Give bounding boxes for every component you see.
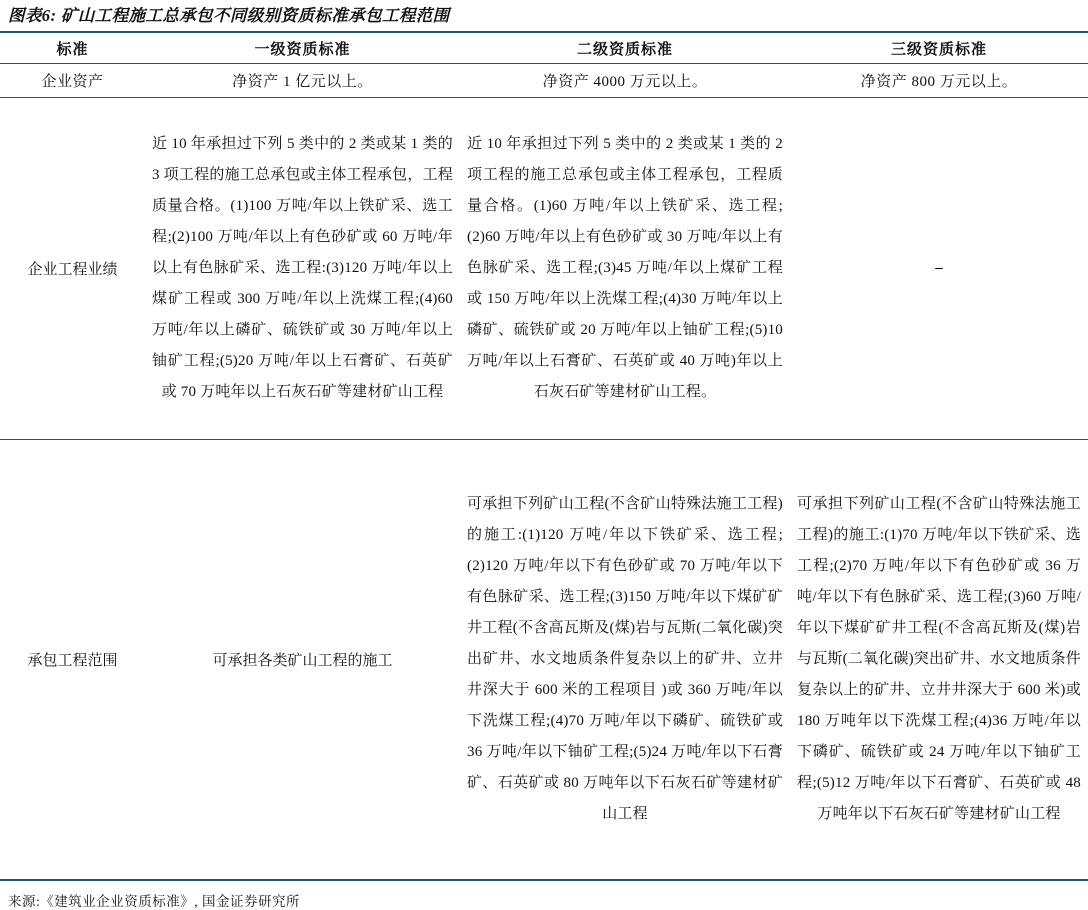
cell-record-level2: 近 10 年承担过下列 5 类中的 2 类或某 1 类的 2 项工程的施工总承包… <box>460 124 790 413</box>
row-label-engineering-record: 企业工程业绩 <box>0 98 145 439</box>
table-row-engineering-record: 企业工程业绩 近 10 年承担过下列 5 类中的 2 类或某 1 类的 3 项工… <box>0 98 1088 440</box>
table-row-enterprise-assets: 企业资产 净资产 1 亿元以上。 净资产 4000 万元以上。 净资产 800 … <box>0 64 1088 98</box>
table-row-contract-scope: 承包工程范围 可承担各类矿山工程的施工 可承担下列矿山工程(不含矿山特殊法施工工… <box>0 440 1088 881</box>
cell-record-level3-dash: – <box>790 98 1088 439</box>
header-cell-level3: 三级资质标准 <box>790 33 1088 63</box>
cell-scope-level2: 可承担下列矿山工程(不含矿山特殊法施工工程)的施工:(1)120 万吨/年以下铁… <box>460 484 790 835</box>
header-cell-level1: 一级资质标准 <box>145 33 460 63</box>
cell-assets-level3: 净资产 800 万元以上。 <box>790 64 1088 97</box>
cell-scope-level3: 可承担下列矿山工程(不含矿山特殊法施工工程)的施工:(1)70 万吨/年以下铁矿… <box>790 484 1088 835</box>
table-title: 图表6: 矿山工程施工总承包不同级别资质标准承包工程范围 <box>0 0 1088 31</box>
row-label-enterprise-assets: 企业资产 <box>0 64 145 97</box>
report-table-page: 图表6: 矿山工程施工总承包不同级别资质标准承包工程范围 标准 一级资质标准 二… <box>0 0 1088 910</box>
table-header-row: 标准 一级资质标准 二级资质标准 三级资质标准 <box>0 33 1088 64</box>
qualification-table: 标准 一级资质标准 二级资质标准 三级资质标准 企业资产 净资产 1 亿元以上。… <box>0 31 1088 881</box>
cell-record-level1: 近 10 年承担过下列 5 类中的 2 类或某 1 类的 3 项工程的施工总承包… <box>145 124 460 413</box>
row-label-contract-scope: 承包工程范围 <box>0 440 145 879</box>
header-cell-standard: 标准 <box>0 33 145 63</box>
cell-scope-level1: 可承担各类矿山工程的施工 <box>145 440 460 879</box>
header-cell-level2: 二级资质标准 <box>460 33 790 63</box>
cell-assets-level2: 净资产 4000 万元以上。 <box>460 64 790 97</box>
cell-assets-level1: 净资产 1 亿元以上。 <box>145 64 460 97</box>
